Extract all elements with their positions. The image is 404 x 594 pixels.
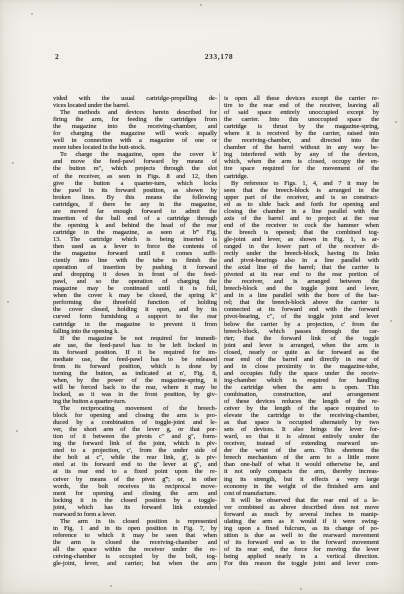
text-line: 30performing the threefold function of h… <box>53 299 217 306</box>
document-page: 2 233,178 vided with the usual cartridge… <box>0 0 404 594</box>
text-line: as that space is occupied alternately by… <box>224 419 379 426</box>
line-text: By reference to Figs. 1, 4, and 7 it may… <box>224 180 379 187</box>
text-line: magazine may be continued until it is fu… <box>53 285 217 292</box>
text-line: cartridge. <box>224 173 379 180</box>
line-text: turning the button, as indicated at n′, … <box>53 370 217 377</box>
line-text: economy in the weight of the finished ar… <box>224 483 379 490</box>
line-text: locked, as it was in the front position,… <box>53 391 217 398</box>
line-text: forward as much by several inches in man… <box>224 511 379 518</box>
line-text: cartridge in the magazine, as seen at b‴… <box>53 229 217 236</box>
line-text: breech-block, which passes through the c… <box>224 328 379 335</box>
text-line: 35If the magazine be not required for im… <box>53 335 217 342</box>
line-text: as that space is occupied alternately by… <box>224 419 379 426</box>
text-line: joint, which has its forward link extend… <box>53 504 217 511</box>
text-line: pawl, and so the operation of charging t… <box>53 278 217 285</box>
text-line: locked, as it was in the front position,… <box>53 391 217 398</box>
text-line: 55ceiver by means of the pivot g‴; or, i… <box>53 476 217 483</box>
text-line: breech-block, which passes through the c… <box>224 328 379 335</box>
text-line: 120than one-half of what it would otherw… <box>224 461 379 468</box>
line-text: closed, nearly or quite as far forward a… <box>224 349 379 356</box>
text-line: of its rear end, the force for moving th… <box>224 546 379 553</box>
line-text: the breech is opened; that the combined … <box>224 229 379 236</box>
scan-speckle <box>395 121 397 123</box>
line-text: magazine may be continued until it is fu… <box>53 285 217 292</box>
line-text: is open all these devices except the car… <box>224 95 379 102</box>
text-line: elevate the cartridge to the receiving-c… <box>224 412 379 419</box>
text-line: forward as much by several inches in man… <box>224 511 379 518</box>
line-text: ing the forward link of the joint, which… <box>53 440 217 447</box>
patent-number: 233,178 <box>205 52 234 61</box>
line-text: and occupies fully the space under the r… <box>224 370 379 377</box>
text-line: cost of manufacture. <box>224 490 379 497</box>
line-text: the carrier. Into this unoccupied space … <box>224 116 379 123</box>
line-text: ed as to slide back and forth for openin… <box>224 201 379 208</box>
scan-speckle <box>110 585 112 587</box>
line-text: then used as a lever to force the conten… <box>53 243 217 250</box>
text-line: which, when the arm is closed, occupy th… <box>224 158 379 165</box>
text-line: firing the arm, for feeding the cartridg… <box>53 116 217 123</box>
text-column-right: is open all these devices except the car… <box>224 95 379 567</box>
line-text: For this reason the toggle joint and lev… <box>224 560 379 567</box>
text-line: the cartridge when the arm is open. This <box>224 384 379 391</box>
scan-speckle <box>300 588 302 590</box>
line-text: of its forward end as to the forward mov… <box>224 539 379 546</box>
text-line: the receiving-chamber, and directed into… <box>224 137 379 144</box>
text-line: the pawl in its forward position, as sho… <box>53 187 217 194</box>
line-text: rel; that the breech-block above the car… <box>224 299 379 306</box>
line-text: it not only compacts the arm, thereby in… <box>224 468 379 475</box>
text-line: 40turning the button, as indicated at n′… <box>53 370 217 377</box>
line-text: more tubes located in the butt-stock. <box>53 144 217 151</box>
line-text: joint and lever is arranged, when the ar… <box>224 342 379 349</box>
text-line: 60rearward to form a lever. <box>53 511 217 518</box>
line-text: ward, so that it is almost entirely unde… <box>224 433 379 440</box>
text-line: when, by the power of the magazine-sprin… <box>53 377 217 384</box>
text-line: where it is received by the carrier, rai… <box>224 130 379 137</box>
text-line: 15broken lines. By this means the follow… <box>53 194 217 201</box>
text-line: ver combined as above described does not… <box>224 504 379 511</box>
text-line: ceiver by the length of the space requir… <box>224 405 379 412</box>
text-line: ward, so that it is almost entirely unde… <box>224 433 379 440</box>
line-text: performing the threefold function of hol… <box>53 299 217 306</box>
line-text: tire space required for the movement of … <box>224 165 379 172</box>
text-line: and in close proximity to the magazine-t… <box>224 363 379 370</box>
text-line: it not only compacts the arm, thereby in… <box>224 468 379 475</box>
text-line: at its rear end to a fixed point upon th… <box>53 468 217 475</box>
text-line: 110combination, construction, and arrang… <box>224 391 379 398</box>
text-line: the arm is closed the receiving-chamber … <box>53 539 217 546</box>
line-text: vices located under the barrel. <box>53 102 217 109</box>
text-line: rier; that the forward link of the toggl… <box>224 335 379 342</box>
line-text: well in connection with a magazine of on… <box>53 137 217 144</box>
line-text: combination, construction, and arrangeme… <box>224 391 379 398</box>
line-text: upper part of the receiver, and is so co… <box>224 194 379 201</box>
text-line: cartridge in the magazine to prevent it … <box>53 321 217 328</box>
line-text: the arm is closed the receiving-chamber … <box>53 539 217 546</box>
line-text: ing interfered with by any of the device… <box>224 151 379 158</box>
text-line: To charge the magazine, open the cover k… <box>53 151 217 158</box>
text-line: 20cartridge in the magazine, as seen at … <box>53 229 217 236</box>
text-line: and dropping it down in front of the fee… <box>53 271 217 278</box>
text-line: ing its strength, but it effects a very … <box>224 476 379 483</box>
line-text: mediate use, the feed-pawl has to be rel… <box>53 356 217 363</box>
text-line: well in connection with a magazine of on… <box>53 137 217 144</box>
text-line: duced by a combination of toggle-joint a… <box>53 419 217 426</box>
line-text: its forward position. If it be required … <box>53 349 217 356</box>
text-column-left: vided with the usual cartridge-propellin… <box>53 95 217 567</box>
text-line: from its forward position, which is done… <box>53 363 217 370</box>
text-line: the carrier. Into this unoccupied space … <box>224 116 379 123</box>
line-text: the magazine forward until it comes suff… <box>53 250 217 257</box>
text-line: then used as a lever to force the conten… <box>53 243 217 250</box>
line-text: gle-joint, lever, and carrier; but when … <box>53 560 217 567</box>
line-text: the opening k and behind the head of the… <box>53 222 217 229</box>
line-text: cartridge in the magazine to prevent it … <box>53 321 217 328</box>
text-line: the magazine forward until it comes suff… <box>53 250 217 257</box>
text-line: are moved far enough forward to admit th… <box>53 208 217 215</box>
text-line: 95breech-block and the toggle joint and … <box>224 285 379 292</box>
line-text: the cartridge when the arm is open. This <box>224 384 379 391</box>
line-text: ate use, the feed-pawl has to be left lo… <box>53 342 217 349</box>
line-text: connected at its forward end with the fo… <box>224 306 379 313</box>
text-line: der the wrist of the arm. This shortens … <box>224 447 379 454</box>
line-text: cartridge is thrust by the magazine-spri… <box>224 123 379 130</box>
text-line: give the button a quarter-turn, which lo… <box>53 180 217 187</box>
text-line: cartridge is thrust by the magazine-spri… <box>224 123 379 130</box>
line-text: operation of insertion by pushing it for… <box>53 264 217 271</box>
line-text: end of the receiver to cock the hammer w… <box>224 222 379 229</box>
text-line: the opening k and behind the head of the… <box>53 222 217 229</box>
line-text: sets of devices. It also brings the leve… <box>224 426 379 433</box>
text-line: pivot-bearing, c″, of the toggle joint a… <box>224 313 379 320</box>
text-line: reference to which it may be seen that w… <box>53 532 217 539</box>
text-line: The arm in its closed position is repres… <box>53 518 217 525</box>
text-line: of its forward end as to the forward mov… <box>224 539 379 546</box>
line-text: and move the feed-pawl forward by means … <box>53 158 217 165</box>
line-text: vided with the usual cartridge-propellin… <box>53 95 217 102</box>
line-text: will be forced back to the rear, where i… <box>53 384 217 391</box>
text-line: seen that the breech-block is arranged i… <box>224 187 379 194</box>
text-line: closed, nearly or quite as far forward a… <box>224 349 379 356</box>
line-text: rectly under the breech-block, having it… <box>224 250 379 257</box>
line-text: are moved far enough forward to admit th… <box>53 208 217 215</box>
line-text: of its rear end, the force for moving th… <box>224 546 379 553</box>
line-text: elevate the cartridge to the receiving-c… <box>224 412 379 419</box>
line-text: gle-joint and lever, as shown in Fig. 1,… <box>224 236 379 243</box>
line-text: The methods and devices herein described… <box>53 109 217 116</box>
text-line: connected at its forward end with the fo… <box>224 306 379 313</box>
line-text: being applied nearly in a vertical direc… <box>224 553 379 560</box>
text-line: breech mechanism of the arm to a little … <box>224 454 379 461</box>
line-text: and dropping it down in front of the fee… <box>53 271 217 278</box>
text-line: ing the button a quarter-turn. <box>53 398 217 405</box>
text-line: when the cover k may be closed, the spri… <box>53 292 217 299</box>
text-line: ate use, the feed-pawl has to be left lo… <box>53 342 217 349</box>
text-line: 80By reference to Figs. 1, 4, and 7 it m… <box>224 180 379 187</box>
line-text: rear end of the barrel and directly in r… <box>224 356 379 363</box>
column-divider-line <box>219 93 220 570</box>
text-line: mediate use, the feed-pawl has to be rel… <box>53 356 217 363</box>
line-text: oted at its forward end to the lever at … <box>53 461 217 468</box>
line-text: oted to a projection, c′, from the under… <box>53 447 217 454</box>
line-text: sition is due as well to the rearward mo… <box>224 532 379 539</box>
line-text: The reciprocating movement of the breech… <box>53 405 217 412</box>
text-line: end of the receiver to cock the hammer w… <box>224 222 379 229</box>
line-text: breech mechanism of the arm to a little … <box>224 454 379 461</box>
line-text: ranged in the lower part of the receiver… <box>224 243 379 250</box>
line-text: the pawl in its forward position, as sho… <box>53 187 217 194</box>
text-line: will be forced back to the rear, where i… <box>53 384 217 391</box>
text-line: closing the chamber in a line parallel w… <box>224 208 379 215</box>
line-text: the axial line of the barrel; that the c… <box>224 264 379 271</box>
text-line: locking it in the closed position by a t… <box>53 497 217 504</box>
line-text: in Fig. 1 and in its open position in Fi… <box>53 525 217 532</box>
text-line: and pivot-bearings also in a line parall… <box>224 257 379 264</box>
scan-speckle <box>200 4 202 6</box>
text-line: 100below the carrier by a projection, c′… <box>224 321 379 328</box>
text-line: 85axis of the barrel and to project at t… <box>224 215 379 222</box>
text-line: being applied nearly in a vertical direc… <box>224 553 379 560</box>
text-line: ment for opening and closing the arm and <box>53 490 217 497</box>
line-text: of said space entirely unoccupied except… <box>224 109 379 116</box>
page-number: 2 <box>55 52 59 61</box>
line-text: axis of the barrel and to project at the… <box>224 215 379 222</box>
line-text: block for opening and closing the arm is… <box>53 412 217 419</box>
text-line: its forward position. If it be required … <box>53 349 217 356</box>
line-text: receiver, instead of extending rearward … <box>224 440 379 447</box>
text-line: more tubes located in the butt-stock. <box>53 144 217 151</box>
text-line: vided with the usual cartridge-propellin… <box>53 95 217 102</box>
text-line: 65all the space within the receiver unde… <box>53 546 217 553</box>
scan-speckle <box>7 301 9 303</box>
text-line: of these devices reduces the length of t… <box>224 398 379 405</box>
line-text: 13. The cartridge which is being inserte… <box>53 236 217 243</box>
text-line: ed as to slide back and forth for openin… <box>224 201 379 208</box>
text-line: 5the magazine into the receiving-chamber… <box>53 123 217 130</box>
line-text: ulating the arm as it would if it were s… <box>224 518 379 525</box>
line-text: and in a line parallel with the bore of … <box>224 292 379 299</box>
text-line: 25operation of insertion by pushing it f… <box>53 264 217 271</box>
text-line: the breech is opened; that the combined … <box>224 229 379 236</box>
line-text: insertion of the ball end of a cartridge… <box>53 215 217 222</box>
line-text: der the wrist of the arm. This shortens … <box>224 447 379 454</box>
line-text: when, by the power of the magazine-sprin… <box>53 377 217 384</box>
line-text: pivoted at its rear end to the rear port… <box>224 271 379 278</box>
line-text: and pivot-bearings also in a line parall… <box>224 257 379 264</box>
line-text: and in close proximity to the magazine-t… <box>224 363 379 370</box>
text-line: ing-chamber which is required for handli… <box>224 377 379 384</box>
line-text: firing the arm, for feeding the cartridg… <box>53 116 217 123</box>
line-text: broken lines. By this means the followin… <box>53 194 217 201</box>
text-line: joint and lever is arranged, when the ar… <box>224 342 379 349</box>
line-text: locking it in the closed position by a t… <box>53 497 217 504</box>
line-text: curved form furnishing a support to the … <box>53 313 217 320</box>
text-line: 70of said space entirely unoccupied exce… <box>224 109 379 116</box>
text-line: falling into the opening k. <box>53 328 217 335</box>
line-text: breech-block and the toggle joint and le… <box>224 285 379 292</box>
text-line: of the receiver, as seen in Figs. 8 and … <box>53 173 217 180</box>
line-text: cost of manufacture. <box>224 490 379 497</box>
text-line: the cover closed, holding it open, and b… <box>53 306 217 313</box>
text-line: and occupies fully the space under the r… <box>224 370 379 377</box>
line-text: ceiving-chamber is occupied by the bolt,… <box>53 553 217 560</box>
line-text: than one-half of what it would otherwise… <box>224 461 379 468</box>
scan-speckle <box>16 430 18 432</box>
text-line: tion of it between the pivots c″ and g″,… <box>53 433 217 440</box>
line-text: where it is received by the carrier, rai… <box>224 130 379 137</box>
line-text: ceiver by the length of the space requir… <box>224 405 379 412</box>
text-line: 13. The cartridge which is being inserte… <box>53 236 217 243</box>
text-line: ver, the short arm of the lever g, or th… <box>53 426 217 433</box>
line-text: at its rear end to a fixed point upon th… <box>53 468 217 475</box>
text-line: upper part of the receiver, and is so co… <box>224 194 379 201</box>
text-line: ceiving-chamber is occupied by the bolt,… <box>53 553 217 560</box>
text-line: ulating the arm as it would if it were s… <box>224 518 379 525</box>
line-text: ver combined as above described does not… <box>224 504 379 511</box>
line-text: ceiver by means of the pivot g‴; or, in … <box>53 476 217 483</box>
line-text: reference to which it may be seen that w… <box>53 532 217 539</box>
text-line: economy in the weight of the finished ar… <box>224 483 379 490</box>
line-text: ing upon a fixed fulcrum, as its change … <box>224 525 379 532</box>
text-line: and in a line parallel with the bore of … <box>224 292 379 299</box>
line-text: ver, the short arm of the lever g, or th… <box>53 426 217 433</box>
text-line: oted at its forward end to the lever at … <box>53 461 217 468</box>
line-text: words, the bolt receives its reciprocal … <box>53 483 217 490</box>
text-line: pivoted at its rear end to the rear port… <box>224 271 379 278</box>
text-line: in Fig. 1 and in its open position in Fi… <box>53 525 217 532</box>
line-text: pivot-bearing, c″, of the toggle joint a… <box>224 313 379 320</box>
scan-speckle <box>31 13 33 15</box>
text-line: the receiver, and is arranged between th… <box>224 278 379 285</box>
text-line: ciently into line with the tube to finis… <box>53 257 217 264</box>
line-text: pawl, and so the operation of charging t… <box>53 278 217 285</box>
text-line: ranged in the lower part of the receiver… <box>224 243 379 250</box>
line-text: closing the chamber in a line parallel w… <box>224 208 379 215</box>
text-line: 50ing the forward link of the joint, whi… <box>53 440 217 447</box>
line-text: To charge the magazine, open the cover k… <box>53 151 217 158</box>
text-line: 90rectly under the breech-block, having … <box>224 250 379 257</box>
line-text: the receiver, and is arranged between th… <box>224 278 379 285</box>
line-text: ment for opening and closing the arm and <box>53 490 217 497</box>
line-text: ciently into line with the tube to finis… <box>53 257 217 264</box>
line-text: from its forward position, which is done… <box>53 363 217 370</box>
text-line: block for opening and closing the arm is… <box>53 412 217 419</box>
text-line: tire to the rear end of the receiver, le… <box>224 102 379 109</box>
text-line: ing interfered with by any of the device… <box>224 151 379 158</box>
scan-speckle <box>390 320 392 322</box>
line-text: ing the button a quarter-turn. <box>53 398 217 405</box>
text-line: 105rear end of the barrel and directly i… <box>224 356 379 363</box>
text-line: gle-joint, lever, and carrier; but when … <box>53 560 217 567</box>
text-line: 115sets of devices. It also brings the l… <box>224 426 379 433</box>
line-text: tion of it between the pivots c″ and g″,… <box>53 433 217 440</box>
line-text: the magazine into the receiving-chamber,… <box>53 123 217 130</box>
line-text: rier; that the forward link of the toggl… <box>224 335 379 342</box>
text-line: vices located under the barrel. <box>53 102 217 109</box>
line-text: give the button a quarter-turn, which lo… <box>53 180 217 187</box>
text-line: oted to a projection, c′, from the under… <box>53 447 217 454</box>
line-text: rearward to form a lever. <box>53 511 217 518</box>
line-text: It will be observed that the rear end of… <box>224 497 379 504</box>
text-line: the axial line of the barrel; that the c… <box>224 264 379 271</box>
line-text: when the cover k may be closed, the spri… <box>53 292 217 299</box>
line-text: of these devices reduces the length of t… <box>224 398 379 405</box>
text-line: is open all these devices except the car… <box>224 95 379 102</box>
line-text: ing its strength, but it effects a very … <box>224 476 379 483</box>
scan-speckle <box>12 162 14 164</box>
line-text: duced by a combination of toggle-joint a… <box>53 419 217 426</box>
line-text: The arm in its closed position is repres… <box>53 518 217 525</box>
line-text: seen that the breech-block is arranged i… <box>224 187 379 194</box>
text-line: 125It will be observed that the rear end… <box>224 497 379 504</box>
text-line: insertion of the ball end of a cartridge… <box>53 215 217 222</box>
line-text: falling into the opening k. <box>53 328 217 335</box>
text-line: 45The reciprocating movement of the bree… <box>53 405 217 412</box>
text-line: 10and move the feed-pawl forward by mean… <box>53 158 217 165</box>
text-line: cartridges, if there be any in the magaz… <box>53 201 217 208</box>
line-text: of the receiver, as seen in Figs. 8 and … <box>53 173 217 180</box>
line-text: chamber of the barrel without in any way… <box>224 144 379 151</box>
text-line: the button m″, which projects through th… <box>53 165 217 172</box>
text-line: For this reason the toggle joint and lev… <box>224 560 379 567</box>
line-text: below the carrier by a projection, c′ fr… <box>224 321 379 328</box>
text-line: The methods and devices herein described… <box>53 109 217 116</box>
text-line: curved form furnishing a support to the … <box>53 313 217 320</box>
text-line: rel; that the breech-block above the car… <box>224 299 379 306</box>
text-line: tire space required for the movement of … <box>224 165 379 172</box>
text-line: gle-joint and lever, as shown in Fig. 1,… <box>224 236 379 243</box>
text-line: 75chamber of the barrel without in any w… <box>224 144 379 151</box>
line-text: cartridge. <box>224 173 379 180</box>
text-line: 130sition is due as well to the rearward… <box>224 532 379 539</box>
line-text: for charging the magazine will work equa… <box>53 130 217 137</box>
line-text: ing-chamber which is required for handli… <box>224 377 379 384</box>
line-text: cartridges, if there be any in the magaz… <box>53 201 217 208</box>
line-text: the button m″, which projects through th… <box>53 165 217 172</box>
line-text: joint, which has its forward link extend… <box>53 504 217 511</box>
line-text: the bolt at c″, while the rear link, g′,… <box>53 454 217 461</box>
text-line: the bolt at c″, while the rear link, g′,… <box>53 454 217 461</box>
text-line: receiver, instead of extending rearward … <box>224 440 379 447</box>
line-text: the receiving-chamber, and directed into… <box>224 137 379 144</box>
line-text: all the space within the receiver under … <box>53 546 217 553</box>
text-line: for charging the magazine will work equa… <box>53 130 217 137</box>
text-line: words, the bolt receives its reciprocal … <box>53 483 217 490</box>
line-text: which, when the arm is closed, occupy th… <box>224 158 379 165</box>
line-text: the cover closed, holding it open, and b… <box>53 306 217 313</box>
line-text: If the magazine be not required for imme… <box>53 335 217 342</box>
line-text: tire to the rear end of the receiver, le… <box>224 102 379 109</box>
text-line: ing upon a fixed fulcrum, as its change … <box>224 525 379 532</box>
